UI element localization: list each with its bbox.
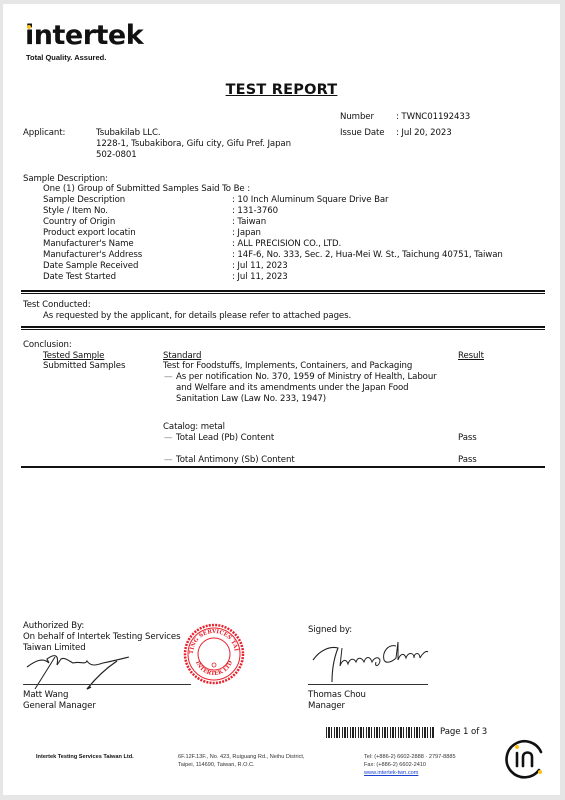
test-item-result: Pass <box>458 455 477 466</box>
catalog-label: Catalog: metal <box>163 422 225 433</box>
report-title: TEST REPORT <box>3 82 560 98</box>
logo-wordmark: intertek <box>25 21 143 51</box>
page-indicator: Page 1 of 3 <box>440 727 487 738</box>
sample-field-value: : Jul 11, 2023 <box>232 261 288 272</box>
authorized-role: General Manager <box>23 701 96 712</box>
test-conducted-text: As requested by the applicant, for detai… <box>43 311 351 322</box>
company-seal-icon: TESTING SERVICES TAIWAN INTERTEK LTD <box>183 623 245 685</box>
report-page: intertek Total Quality. Assured. TEST RE… <box>3 4 560 795</box>
test-item-name: Total Lead (Pb) Content <box>176 433 274 444</box>
sample-field-value: : Japan <box>232 228 261 239</box>
logo-tagline: Total Quality. Assured. <box>26 53 106 62</box>
sample-field-value: : 14F-6, No. 333, Sec. 2, Hua-Mei W. St.… <box>232 250 503 261</box>
authorized-line1: On behalf of Intertek Testing Services <box>23 632 180 643</box>
standard-title: Test for Foodstuffs, Implements, Contain… <box>163 361 412 372</box>
signed-heading: Signed by: <box>308 625 352 636</box>
issue-date-value: : Jul 20, 2023 <box>396 128 452 139</box>
applicant-label: Applicant: <box>23 128 65 139</box>
sample-field-label: Manufacturer's Address <box>43 250 142 261</box>
sample-field-label: Product export locatin <box>43 228 136 239</box>
sample-field-label: Manufacturer's Name <box>43 239 134 250</box>
standard-note-line3: Sanitation Law (Law No. 233, 1947) <box>176 394 326 405</box>
test-item-result: Pass <box>458 433 477 444</box>
logo-accent-dot <box>27 25 31 29</box>
sample-field-label: Country of Origin <box>43 217 115 228</box>
sample-field-value: : Taiwan <box>232 217 266 228</box>
section-divider <box>21 466 545 468</box>
footer-fax: Fax: (+886-2) 6602-2410 <box>364 761 426 769</box>
signed-role: Manager <box>308 701 345 712</box>
footer-company: Intertek Testing Services Taiwan Ltd. <box>36 753 134 761</box>
footer-address-line2: Taipei, 114690, Taiwan, R.O.C. <box>178 761 255 769</box>
section-divider <box>21 290 545 292</box>
tested-sample-value: Submitted Samples <box>43 361 125 372</box>
dash-icon: — <box>164 455 173 466</box>
sample-field-label: Date Sample Received <box>43 261 138 272</box>
dash-icon: — <box>164 433 173 444</box>
section-divider-thin <box>21 293 545 294</box>
sample-field-label: Date Test Started <box>43 272 116 283</box>
sample-field-value: : 10 Inch Aluminum Square Drive Bar <box>232 195 388 206</box>
intertek-roundel-icon <box>501 734 547 780</box>
conclusion-heading: Conclusion: <box>23 340 72 351</box>
number-value: : TWNC01192433 <box>396 112 470 123</box>
signed-name: Thomas Chou <box>308 690 366 701</box>
col-result: Result <box>458 351 484 362</box>
applicant-address-line1: 1228-1, Tsubakibora, Gifu city, Gifu Pre… <box>96 139 291 150</box>
sample-description-intro: One (1) Group of Submitted Samples Said … <box>43 184 250 195</box>
footer-website-link[interactable]: www.intertek-twn.com <box>364 769 418 777</box>
applicant-address-line2: 502-0801 <box>96 150 137 161</box>
authorized-heading: Authorized By: <box>23 621 84 632</box>
sample-field-value: : 131-3760 <box>232 206 278 217</box>
signed-signature-line <box>308 684 428 685</box>
test-item-name: Total Antimony (Sb) Content <box>176 455 295 466</box>
standard-note-line1: As per notification No. 370, 1959 of Min… <box>176 372 437 383</box>
sample-field-value: : Jul 11, 2023 <box>232 272 288 283</box>
sample-field-label: Sample Description <box>43 195 125 206</box>
test-conducted-heading: Test Conducted: <box>23 300 91 311</box>
section-divider-thin <box>21 329 545 330</box>
svg-text:INTERTEK LTD: INTERTEK LTD <box>194 660 234 677</box>
authorized-name: Matt Wang <box>23 690 68 701</box>
applicant-name: Tsubakilab LLC. <box>96 128 160 139</box>
sample-field-value: : ALL PRECISION CO., LTD. <box>232 239 341 250</box>
authorized-signature-line <box>23 684 191 685</box>
issue-date-label: Issue Date <box>340 128 385 139</box>
matt-wang-signature <box>25 649 135 694</box>
footer-tel: Tel: (+886-2) 6602-2888 · 2797-8885 <box>364 753 456 761</box>
barcode <box>326 727 434 738</box>
dash-icon: — <box>164 372 173 383</box>
section-divider <box>21 326 545 328</box>
thomas-chou-signature <box>308 638 433 686</box>
standard-note-line2: and Welfare and its amendments under the… <box>176 383 409 394</box>
footer-address-line1: 6F.12F.13F., No. 423, Ruiguang Rd., Neih… <box>178 753 305 761</box>
number-label: Number <box>340 112 374 123</box>
sample-field-label: Style / Item No. <box>43 206 108 217</box>
